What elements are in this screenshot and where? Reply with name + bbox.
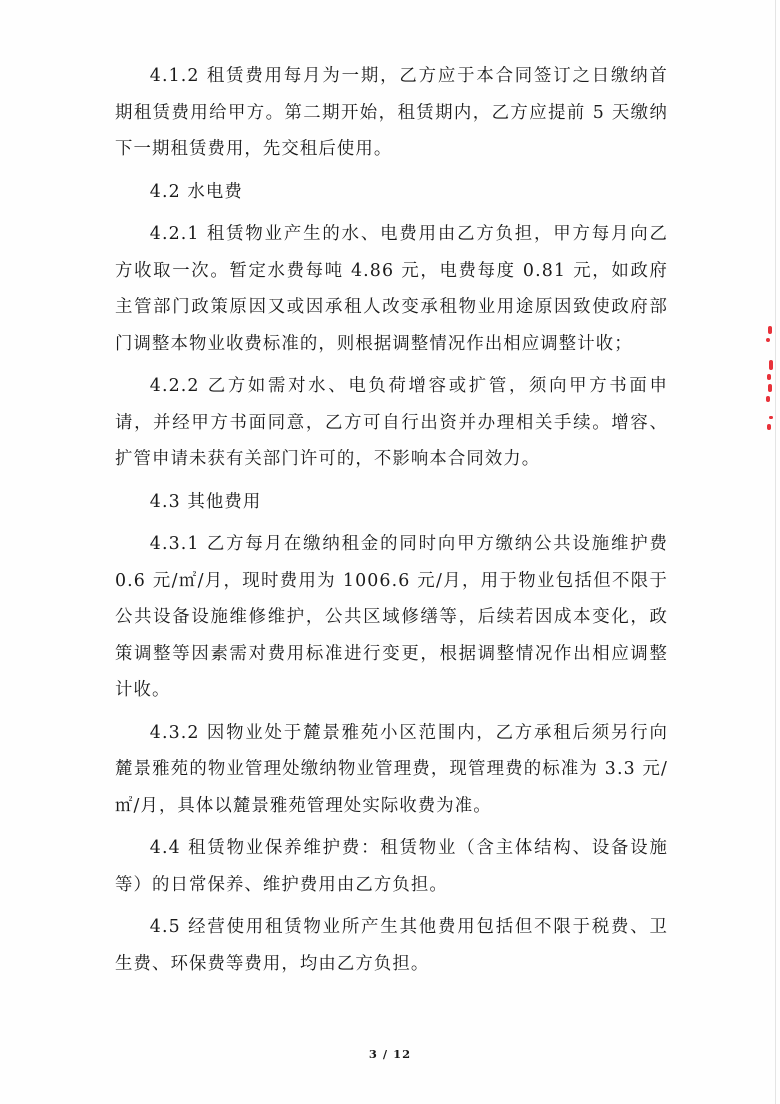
contract-body: 4.1.2 租赁费用每月为一期，乙方应于本合同签订之日缴纳首期租赁费用给甲方。第… [115,58,668,982]
clause-4-1-2: 4.1.2 租赁费用每月为一期，乙方应于本合同签订之日缴纳首期租赁费用给甲方。第… [115,58,668,168]
clause-4-3-1: 4.3.1 乙方每月在缴纳租金的同时向甲方缴纳公共设施维护费 0.6 元/㎡/月… [115,526,668,709]
clause-4-2-1: 4.2.1 租赁物业产生的水、电费用由乙方负担，甲方每月向乙方收取一次。暂定水费… [115,216,668,362]
page-number: 3 / 12 [0,1047,780,1061]
seal-stamp-edge [766,320,776,430]
section-heading-4-3: 4.3 其他费用 [115,484,668,521]
clause-4-3-2: 4.3.2 因物业处于麓景雅苑小区范围内，乙方承租后须另行向麓景雅苑的物业管理处… [115,715,668,825]
clause-4-2-2: 4.2.2 乙方如需对水、电负荷增容或扩管，须向甲方书面申请，并经甲方书面同意，… [115,368,668,478]
page-edge [775,0,776,1104]
clause-4-4: 4.4 租赁物业保养维护费：租赁物业（含主体结构、设备设施等）的日常保养、维护费… [115,830,668,903]
clause-4-5: 4.5 经营使用租赁物业所产生其他费用包括但不限于税费、卫生费、环保费等费用，均… [115,909,668,982]
section-heading-4-2: 4.2 水电费 [115,174,668,211]
document-page: 4.1.2 租赁费用每月为一期，乙方应于本合同签订之日缴纳首期租赁费用给甲方。第… [0,0,780,1104]
